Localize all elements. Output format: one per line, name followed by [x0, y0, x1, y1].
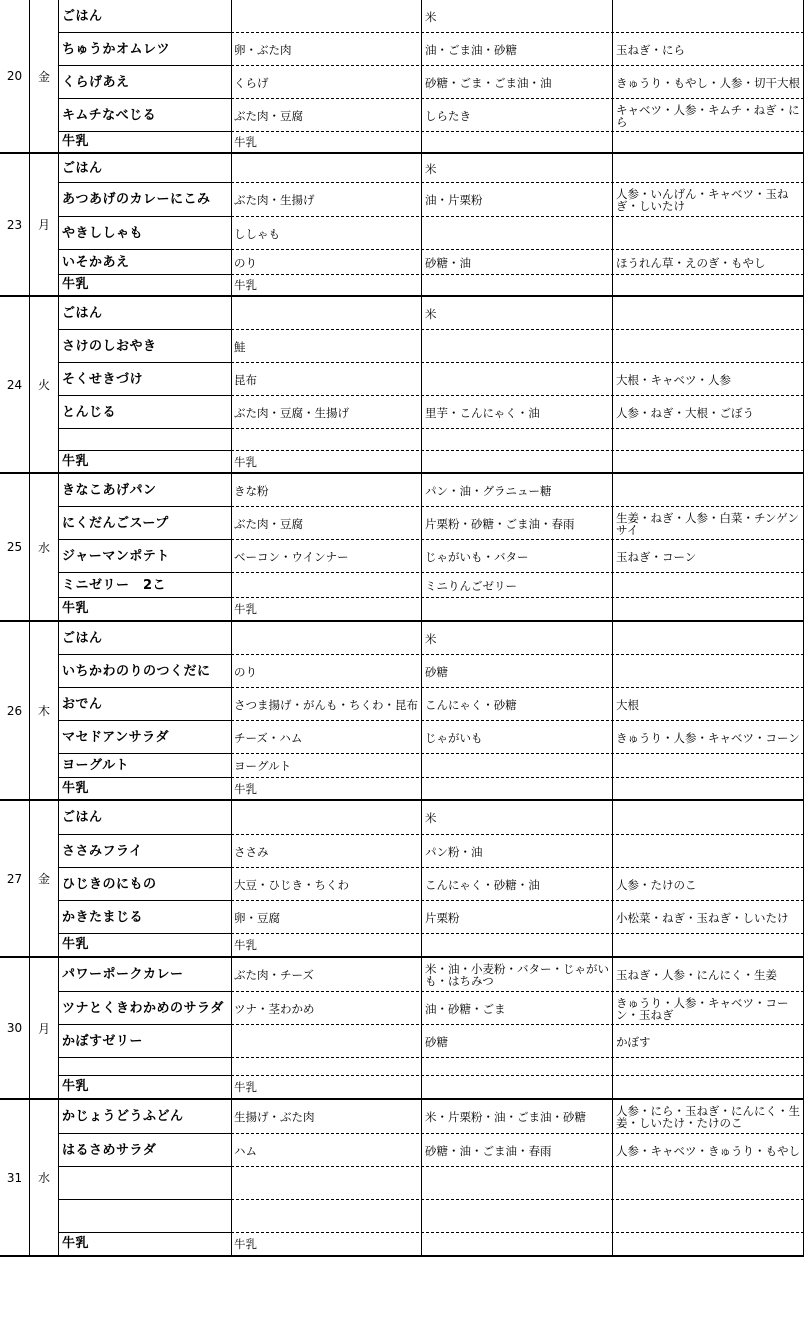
yellow-group-ingredients-cell [422, 330, 612, 363]
dish-name-cell: そくせきづけ [58, 363, 230, 396]
date-cell: 25 [0, 474, 29, 620]
column-divider [29, 1100, 30, 1257]
dish-name-cell: 牛乳 [58, 132, 230, 152]
yellow-group-ingredients-cell [422, 934, 612, 956]
yellow-group-ingredients-cell [422, 1200, 612, 1233]
date-cell: 30 [0, 958, 29, 1098]
day-block: 25水きなこあげパンきな粉パン・油・グラニュー糖にくだんごスープぶた肉・豆腐片栗… [0, 474, 804, 622]
dish-name-cell: ミニゼリー 2こ [58, 573, 230, 598]
green-group-ingredients-cell [613, 132, 803, 152]
green-group-ingredients-cell: きゅうり・もやし・人参・切干大根 [613, 66, 803, 99]
green-group-ingredients-cell [613, 655, 803, 688]
red-group-ingredients-cell: きな粉 [231, 474, 421, 507]
red-group-ingredients-cell: 牛乳 [231, 132, 421, 152]
red-group-ingredients-cell: のり [231, 250, 421, 275]
yellow-group-ingredients-cell: 片栗粉 [422, 901, 612, 934]
column-divider [29, 297, 30, 474]
yellow-group-ingredients-cell: パン・油・グラニュー糖 [422, 474, 612, 507]
column-divider [29, 622, 30, 801]
dish-name-cell: 牛乳 [58, 1233, 230, 1255]
menu-row: きなこあげパンきな粉パン・油・グラニュー糖 [58, 474, 804, 507]
green-group-ingredients-cell: 人参・いんげん・キャベツ・玉ねぎ・しいたけ [613, 183, 803, 217]
dish-name-cell: マセドアンサラダ [58, 721, 230, 754]
dish-name-cell: おでん [58, 688, 230, 721]
red-group-ingredients-cell: ぶた肉・豆腐 [231, 507, 421, 540]
red-group-ingredients-cell: ヨーグルト [231, 754, 421, 778]
dish-name-cell: ツナとくきわかめのサラダ [58, 992, 230, 1025]
green-group-ingredients-cell: 生姜・ねぎ・人参・白菜・チンゲンサイ [613, 507, 803, 540]
green-group-ingredients-cell [613, 275, 803, 295]
dish-name-cell: ジャーマンポテト [58, 540, 230, 573]
menu-row: ごはん米 [58, 801, 804, 835]
dish-name-cell [58, 1167, 230, 1200]
red-group-ingredients-cell: ぶた肉・豆腐・生揚げ [231, 396, 421, 429]
green-group-ingredients-cell [613, 1076, 803, 1098]
yellow-group-ingredients-cell: しらたき [422, 99, 612, 132]
red-group-ingredients-cell: 牛乳 [231, 1076, 421, 1098]
red-group-ingredients-cell: チーズ・ハム [231, 721, 421, 754]
green-group-ingredients-cell [613, 598, 803, 620]
menu-row: キムチなべじるぶた肉・豆腐しらたきキャベツ・人参・キムチ・ねぎ・にら [58, 99, 804, 132]
menu-row: かじょうどうふどん生揚げ・ぶた肉米・片栗粉・油・ごま油・砂糖人参・にら・玉ねぎ・… [58, 1100, 804, 1134]
menu-row [58, 1200, 804, 1233]
dish-name-cell: さけのしおやき [58, 330, 230, 363]
yellow-group-ingredients-cell: 米 [422, 622, 612, 655]
weekday-cell: 金 [30, 801, 58, 956]
dish-name-cell: ごはん [58, 801, 230, 835]
red-group-ingredients-cell: くらげ [231, 66, 421, 99]
red-group-ingredients-cell: ベーコン・ウインナー [231, 540, 421, 573]
yellow-group-ingredients-cell [422, 778, 612, 799]
column-divider [29, 801, 30, 958]
dish-name-cell: かじょうどうふどん [58, 1100, 230, 1134]
menu-row: ごはん米 [58, 622, 804, 655]
green-group-ingredients-cell [613, 573, 803, 598]
dish-name-cell: やきししゃも [58, 217, 230, 250]
red-group-ingredients-cell: 牛乳 [231, 451, 421, 472]
menu-row: ツナとくきわかめのサラダツナ・茎わかめ油・砂糖・ごまきゅうり・人参・キャベツ・コ… [58, 992, 804, 1025]
dish-name-cell: とんじる [58, 396, 230, 429]
weekday-cell: 水 [30, 1100, 58, 1255]
red-group-ingredients-cell [231, 573, 421, 598]
menu-row: 牛乳牛乳 [58, 598, 804, 620]
menu-row: ちゅうかオムレツ卵・ぶた肉油・ごま油・砂糖玉ねぎ・にら [58, 33, 804, 66]
green-group-ingredients-cell [613, 835, 803, 868]
red-group-ingredients-cell: のり [231, 655, 421, 688]
yellow-group-ingredients-cell [422, 598, 612, 620]
yellow-group-ingredients-cell [422, 217, 612, 250]
menu-row: 牛乳牛乳 [58, 934, 804, 956]
yellow-group-ingredients-cell: 油・片栗粉 [422, 183, 612, 217]
yellow-group-ingredients-cell: 砂糖・ごま・ごま油・油 [422, 66, 612, 99]
green-group-ingredients-cell: 人参・たけのこ [613, 868, 803, 901]
dish-name-cell: ちゅうかオムレツ [58, 33, 230, 66]
yellow-group-ingredients-cell: 米 [422, 801, 612, 835]
yellow-group-ingredients-cell: 油・砂糖・ごま [422, 992, 612, 1025]
yellow-group-ingredients-cell: 片栗粉・砂糖・ごま油・春雨 [422, 507, 612, 540]
yellow-group-ingredients-cell [422, 451, 612, 472]
dish-name-cell: 牛乳 [58, 1076, 230, 1098]
weekday-cell: 月 [30, 958, 58, 1098]
green-group-ingredients-cell [613, 801, 803, 835]
green-group-ingredients-cell [613, 934, 803, 956]
red-group-ingredients-cell: 大豆・ひじき・ちくわ [231, 868, 421, 901]
column-divider [29, 474, 30, 622]
green-group-ingredients-cell [613, 154, 803, 183]
green-group-ingredients-cell [613, 622, 803, 655]
yellow-group-ingredients-cell: こんにゃく・砂糖・油 [422, 868, 612, 901]
green-group-ingredients-cell [613, 0, 803, 33]
green-group-ingredients-cell: ほうれん草・えのぎ・もやし [613, 250, 803, 275]
green-group-ingredients-cell: 大根 [613, 688, 803, 721]
menu-row: やきししゃもししゃも [58, 217, 804, 250]
yellow-group-ingredients-cell: こんにゃく・砂糖 [422, 688, 612, 721]
red-group-ingredients-cell: 牛乳 [231, 1233, 421, 1255]
dish-name-cell: あつあげのカレーにこみ [58, 183, 230, 217]
menu-row [58, 429, 804, 451]
menu-row: ごはん米 [58, 0, 804, 33]
green-group-ingredients-cell: きゅうり・人参・キャベツ・コーン [613, 721, 803, 754]
dish-name-cell: ささみフライ [58, 835, 230, 868]
red-group-ingredients-cell: ぶた肉・チーズ [231, 958, 421, 992]
weekday-cell: 月 [30, 154, 58, 295]
yellow-group-ingredients-cell [422, 429, 612, 451]
red-group-ingredients-cell: さつま揚げ・がんも・ちくわ・昆布 [231, 688, 421, 721]
green-group-ingredients-cell: 玉ねぎ・人参・にんにく・生姜 [613, 958, 803, 992]
yellow-group-ingredients-cell [422, 275, 612, 295]
menu-row: くらげあえくらげ砂糖・ごま・ごま油・油きゅうり・もやし・人参・切干大根 [58, 66, 804, 99]
red-group-ingredients-cell [231, 1167, 421, 1200]
menu-row [58, 1167, 804, 1200]
dish-name-cell: ヨーグルト [58, 754, 230, 778]
menu-row: ジャーマンポテトベーコン・ウインナーじゃがいも・バター玉ねぎ・コーン [58, 540, 804, 573]
yellow-group-ingredients-cell: 米 [422, 297, 612, 330]
day-block: 27金ごはん米ささみフライささみパン粉・油ひじきのにもの大豆・ひじき・ちくわこん… [0, 801, 804, 958]
menu-row: ささみフライささみパン粉・油 [58, 835, 804, 868]
dish-name-cell: いちかわのりのつくだに [58, 655, 230, 688]
menu-row: マセドアンサラダチーズ・ハムじゃがいもきゅうり・人参・キャベツ・コーン [58, 721, 804, 754]
green-group-ingredients-cell [613, 330, 803, 363]
red-group-ingredients-cell [231, 1025, 421, 1058]
dish-name-cell: 牛乳 [58, 934, 230, 956]
green-group-ingredients-cell [613, 1200, 803, 1233]
menu-row: ひじきのにもの大豆・ひじき・ちくわこんにゃく・砂糖・油人参・たけのこ [58, 868, 804, 901]
menu-row: いそかあえのり砂糖・油ほうれん草・えのぎ・もやし [58, 250, 804, 275]
green-group-ingredients-cell [613, 217, 803, 250]
yellow-group-ingredients-cell: 米 [422, 0, 612, 33]
red-group-ingredients-cell: 昆布 [231, 363, 421, 396]
yellow-group-ingredients-cell [422, 754, 612, 778]
red-group-ingredients-cell: ししゃも [231, 217, 421, 250]
dish-name-cell: 牛乳 [58, 275, 230, 295]
red-group-ingredients-cell [231, 1200, 421, 1233]
yellow-group-ingredients-cell: 米・片栗粉・油・ごま油・砂糖 [422, 1100, 612, 1134]
green-group-ingredients-cell: 玉ねぎ・にら [613, 33, 803, 66]
menu-row: さけのしおやき鮭 [58, 330, 804, 363]
dish-name-cell: キムチなべじる [58, 99, 230, 132]
dish-name-cell: かきたまじる [58, 901, 230, 934]
date-cell: 20 [0, 0, 29, 152]
dish-name-cell: ごはん [58, 154, 230, 183]
yellow-group-ingredients-cell: 米・油・小麦粉・バター・じゃがいも・はちみつ [422, 958, 612, 992]
menu-row: おでんさつま揚げ・がんも・ちくわ・昆布こんにゃく・砂糖大根 [58, 688, 804, 721]
dish-name-cell: きなこあげパン [58, 474, 230, 507]
date-cell: 26 [0, 622, 29, 799]
red-group-ingredients-cell: 卵・豆腐 [231, 901, 421, 934]
yellow-group-ingredients-cell: じゃがいも・バター [422, 540, 612, 573]
dish-name-cell [58, 429, 230, 451]
green-group-ingredients-cell [613, 778, 803, 799]
column-divider [29, 154, 30, 297]
green-group-ingredients-cell [613, 1058, 803, 1076]
dish-name-cell: 牛乳 [58, 598, 230, 620]
yellow-group-ingredients-cell: 里芋・こんにゃく・油 [422, 396, 612, 429]
yellow-group-ingredients-cell: 砂糖・油 [422, 250, 612, 275]
menu-row: いちかわのりのつくだにのり砂糖 [58, 655, 804, 688]
red-group-ingredients-cell [231, 801, 421, 835]
green-group-ingredients-cell: 人参・ねぎ・大根・ごぼう [613, 396, 803, 429]
dish-name-cell: 牛乳 [58, 451, 230, 472]
red-group-ingredients-cell [231, 154, 421, 183]
dish-name-cell: ごはん [58, 622, 230, 655]
green-group-ingredients-cell [613, 297, 803, 330]
red-group-ingredients-cell: 鮭 [231, 330, 421, 363]
green-group-ingredients-cell: かぼす [613, 1025, 803, 1058]
yellow-group-ingredients-cell [422, 363, 612, 396]
menu-row: にくだんごスープぶた肉・豆腐片栗粉・砂糖・ごま油・春雨生姜・ねぎ・人参・白菜・チ… [58, 507, 804, 540]
dish-name-cell: ごはん [58, 297, 230, 330]
menu-row: かぼすゼリー砂糖かぼす [58, 1025, 804, 1058]
yellow-group-ingredients-cell: 砂糖 [422, 1025, 612, 1058]
green-group-ingredients-cell: 小松菜・ねぎ・玉ねぎ・しいたけ [613, 901, 803, 934]
red-group-ingredients-cell: 卵・ぶた肉 [231, 33, 421, 66]
column-divider [29, 958, 30, 1100]
red-group-ingredients-cell [231, 297, 421, 330]
menu-row: 牛乳牛乳 [58, 778, 804, 799]
dish-name-cell: かぼすゼリー [58, 1025, 230, 1058]
menu-row: ごはん米 [58, 154, 804, 183]
dish-name-cell: はるさめサラダ [58, 1134, 230, 1167]
day-block: 31水かじょうどうふどん生揚げ・ぶた肉米・片栗粉・油・ごま油・砂糖人参・にら・玉… [0, 1100, 804, 1257]
green-group-ingredients-cell: キャベツ・人参・キムチ・ねぎ・にら [613, 99, 803, 132]
red-group-ingredients-cell: 牛乳 [231, 934, 421, 956]
dish-name-cell: くらげあえ [58, 66, 230, 99]
dish-name-cell: ごはん [58, 0, 230, 33]
red-group-ingredients-cell [231, 622, 421, 655]
weekday-cell: 木 [30, 622, 58, 799]
yellow-group-ingredients-cell [422, 1076, 612, 1098]
menu-row: はるさめサラダハム砂糖・油・ごま油・春雨人参・キャベツ・きゅうり・もやし [58, 1134, 804, 1167]
day-block: 23月ごはん米あつあげのカレーにこみぶた肉・生揚げ油・片栗粉人参・いんげん・キャ… [0, 154, 804, 297]
red-group-ingredients-cell: ささみ [231, 835, 421, 868]
red-group-ingredients-cell: ツナ・茎わかめ [231, 992, 421, 1025]
red-group-ingredients-cell: ハム [231, 1134, 421, 1167]
yellow-group-ingredients-cell [422, 132, 612, 152]
day-block: 26木ごはん米いちかわのりのつくだにのり砂糖おでんさつま揚げ・がんも・ちくわ・昆… [0, 622, 804, 801]
day-block: 20金ごはん米ちゅうかオムレツ卵・ぶた肉油・ごま油・砂糖玉ねぎ・にらくらげあえく… [0, 0, 804, 154]
dish-name-cell: 牛乳 [58, 778, 230, 799]
yellow-group-ingredients-cell: 油・ごま油・砂糖 [422, 33, 612, 66]
green-group-ingredients-cell [613, 754, 803, 778]
menu-row: あつあげのカレーにこみぶた肉・生揚げ油・片栗粉人参・いんげん・キャベツ・玉ねぎ・… [58, 183, 804, 217]
day-block: 30月パワーポークカレーぶた肉・チーズ米・油・小麦粉・バター・じゃがいも・はちみ… [0, 958, 804, 1100]
yellow-group-ingredients-cell [422, 1167, 612, 1200]
yellow-group-ingredients-cell: じゃがいも [422, 721, 612, 754]
red-group-ingredients-cell: 牛乳 [231, 598, 421, 620]
dish-name-cell: にくだんごスープ [58, 507, 230, 540]
date-cell: 24 [0, 297, 29, 472]
red-group-ingredients-cell: 牛乳 [231, 275, 421, 295]
yellow-group-ingredients-cell: パン粉・油 [422, 835, 612, 868]
green-group-ingredients-cell: 人参・にら・玉ねぎ・にんにく・生姜・しいたけ・たけのこ [613, 1100, 803, 1134]
green-group-ingredients-cell: 玉ねぎ・コーン [613, 540, 803, 573]
yellow-group-ingredients-cell: 米 [422, 154, 612, 183]
date-cell: 31 [0, 1100, 29, 1255]
red-group-ingredients-cell: 牛乳 [231, 778, 421, 799]
red-group-ingredients-cell [231, 0, 421, 33]
dish-name-cell [58, 1058, 230, 1076]
green-group-ingredients-cell: きゅうり・人参・キャベツ・コーン・玉ねぎ [613, 992, 803, 1025]
menu-row: 牛乳牛乳 [58, 1076, 804, 1098]
dish-name-cell [58, 1200, 230, 1233]
menu-row: パワーポークカレーぶた肉・チーズ米・油・小麦粉・バター・じゃがいも・はちみつ玉ね… [58, 958, 804, 992]
weekday-cell: 金 [30, 0, 58, 152]
red-group-ingredients-cell: 生揚げ・ぶた肉 [231, 1100, 421, 1134]
menu-row: 牛乳牛乳 [58, 1233, 804, 1255]
date-cell: 27 [0, 801, 29, 956]
menu-row: ごはん米 [58, 297, 804, 330]
dish-name-cell: パワーポークカレー [58, 958, 230, 992]
red-group-ingredients-cell [231, 1058, 421, 1076]
weekday-cell: 火 [30, 297, 58, 472]
menu-row: ヨーグルトヨーグルト [58, 754, 804, 778]
menu-row: かきたまじる卵・豆腐片栗粉小松菜・ねぎ・玉ねぎ・しいたけ [58, 901, 804, 934]
green-group-ingredients-cell [613, 474, 803, 507]
green-group-ingredients-cell [613, 451, 803, 472]
red-group-ingredients-cell [231, 429, 421, 451]
menu-row: 牛乳牛乳 [58, 275, 804, 295]
menu-row: とんじるぶた肉・豆腐・生揚げ里芋・こんにゃく・油人参・ねぎ・大根・ごぼう [58, 396, 804, 429]
yellow-group-ingredients-cell [422, 1233, 612, 1255]
green-group-ingredients-cell [613, 1233, 803, 1255]
yellow-group-ingredients-cell: ミニりんごゼリー [422, 573, 612, 598]
day-block: 24火ごはん米さけのしおやき鮭そくせきづけ昆布大根・キャベツ・人参とんじるぶた肉… [0, 297, 804, 474]
green-group-ingredients-cell: 人参・キャベツ・きゅうり・もやし [613, 1134, 803, 1167]
dish-name-cell: いそかあえ [58, 250, 230, 275]
green-group-ingredients-cell [613, 429, 803, 451]
dish-name-cell: ひじきのにもの [58, 868, 230, 901]
menu-row [58, 1058, 804, 1076]
red-group-ingredients-cell: ぶた肉・生揚げ [231, 183, 421, 217]
date-cell: 23 [0, 154, 29, 295]
menu-row: そくせきづけ昆布大根・キャベツ・人参 [58, 363, 804, 396]
yellow-group-ingredients-cell [422, 1058, 612, 1076]
green-group-ingredients-cell: 大根・キャベツ・人参 [613, 363, 803, 396]
green-group-ingredients-cell [613, 1167, 803, 1200]
weekday-cell: 水 [30, 474, 58, 620]
yellow-group-ingredients-cell: 砂糖・油・ごま油・春雨 [422, 1134, 612, 1167]
menu-row: 牛乳牛乳 [58, 451, 804, 472]
column-divider [29, 0, 30, 154]
menu-row: 牛乳牛乳 [58, 132, 804, 152]
red-group-ingredients-cell: ぶた肉・豆腐 [231, 99, 421, 132]
menu-row: ミニゼリー 2こミニりんごゼリー [58, 573, 804, 598]
yellow-group-ingredients-cell: 砂糖 [422, 655, 612, 688]
